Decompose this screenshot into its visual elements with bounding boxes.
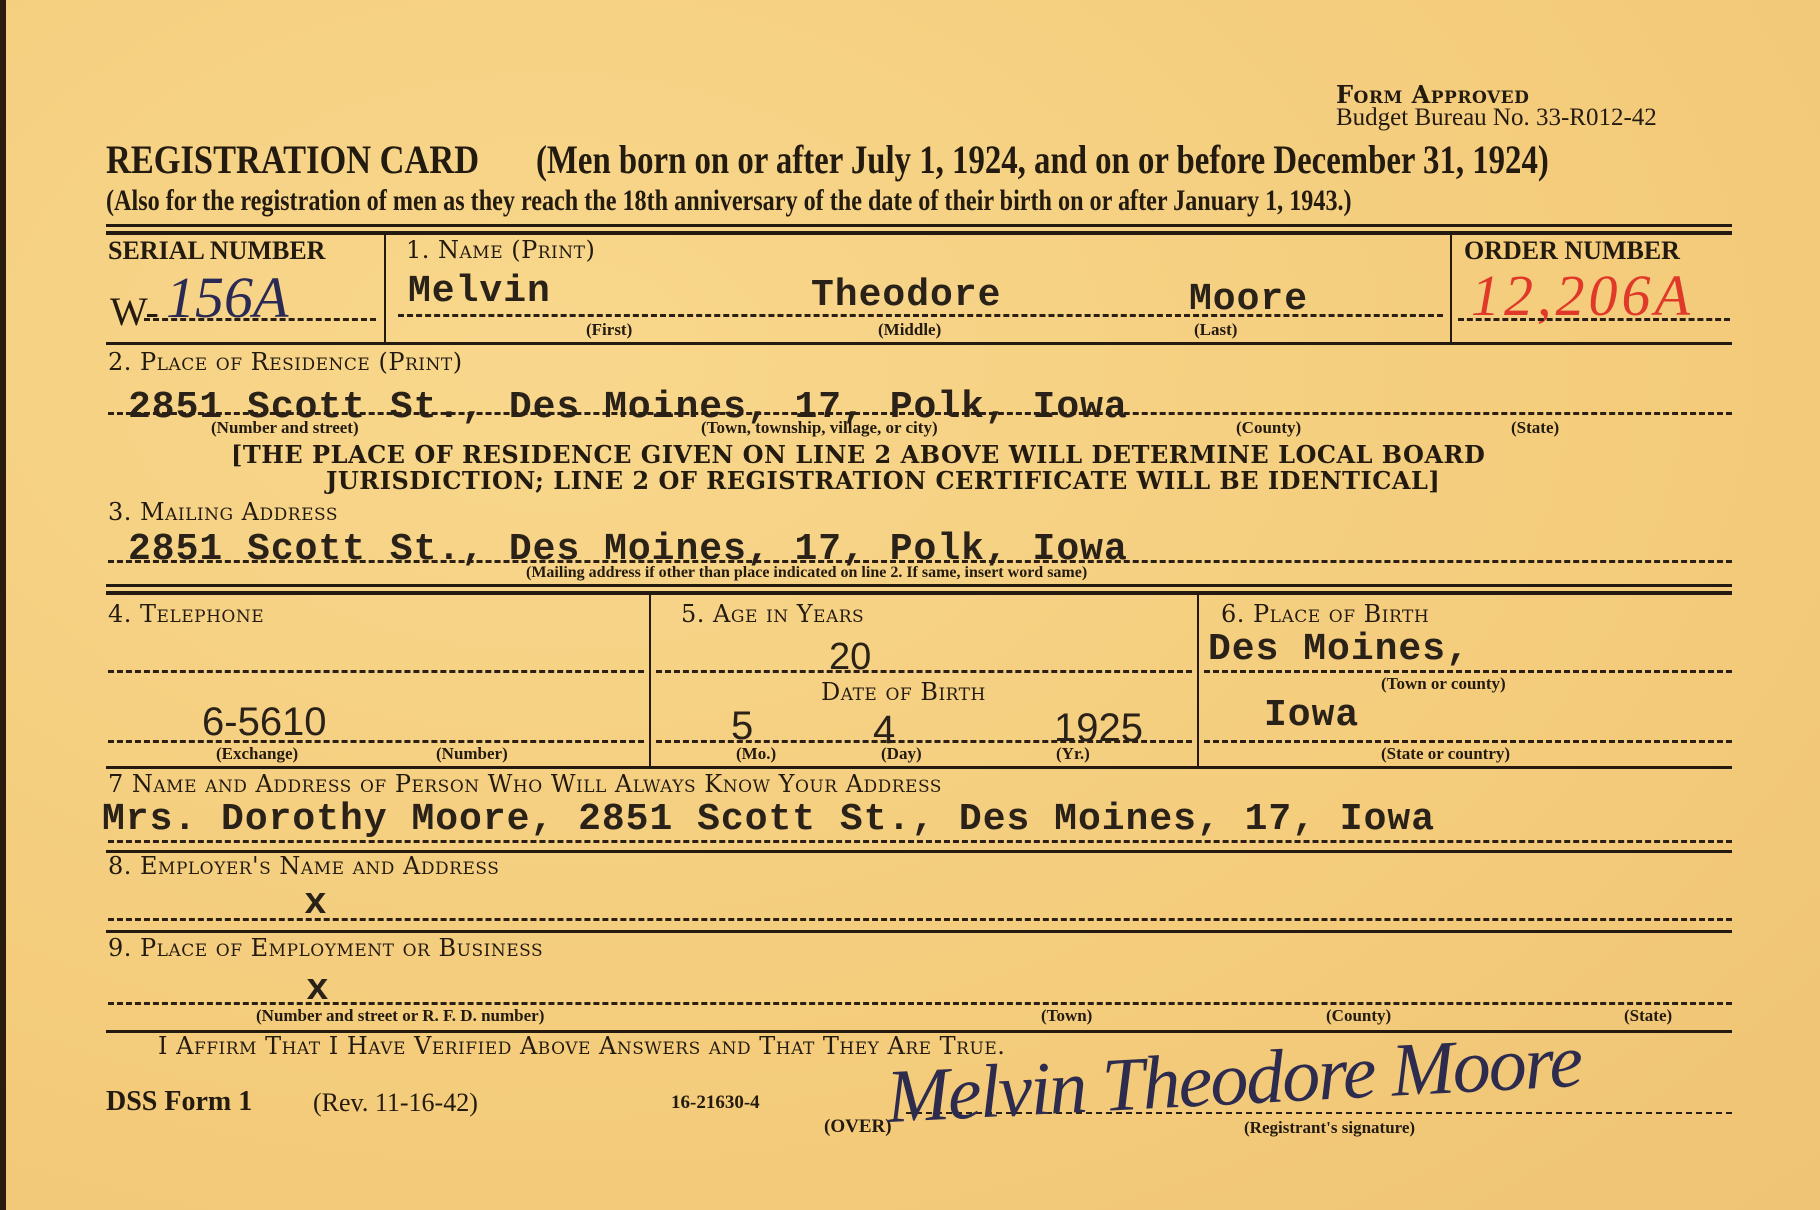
birthplace-state: Iowa (1264, 694, 1359, 737)
title-subtitle: (Also for the registration of men as the… (106, 184, 1352, 218)
employment-place-label: 9. Place of Employment or Business (108, 934, 543, 962)
residence-line (108, 412, 1732, 415)
name-line (398, 314, 1443, 317)
employer-line (108, 918, 1732, 921)
age-label: 5. Age in Years (681, 600, 864, 628)
divider (384, 232, 386, 342)
divider (106, 766, 1732, 769)
form-revision: (Rev. 11-16-42) (313, 1088, 478, 1118)
residence-county-caption: (County) (1236, 418, 1301, 438)
divider (106, 224, 1732, 227)
birthplace-state-caption: (State or country) (1381, 744, 1510, 764)
employment-place-line (108, 1002, 1732, 1005)
birthplace-line-2 (1204, 740, 1732, 743)
divider (1450, 232, 1452, 342)
divider (106, 584, 1732, 587)
divider (649, 594, 651, 766)
age-line (656, 670, 1192, 673)
contact-label: 7 Name and Address of Person Who Will Al… (108, 770, 942, 798)
dob-label: Date of Birth (821, 678, 986, 706)
signature-caption: (Registrant's signature) (1244, 1118, 1415, 1138)
serial-line (144, 318, 376, 321)
telephone-label: 4. Telephone (108, 600, 264, 628)
page-title: REGISTRATION CARD (106, 136, 479, 183)
name-first: Melvin (408, 270, 551, 313)
title-eligibility: (Men born on or after July 1, 1924, and … (536, 136, 1549, 183)
birthplace-town-caption: (Town or county) (1381, 674, 1506, 694)
residence-notice-line2: JURISDICTION; LINE 2 OF REGISTRATION CER… (326, 466, 1440, 495)
divider (106, 930, 1732, 933)
name-last-caption: (Last) (1194, 320, 1237, 340)
budget-bureau-number: Budget Bureau No. 33-R012-42 (1336, 104, 1657, 132)
residence-notice-line1: [THE PLACE OF RESIDENCE GIVEN ON LINE 2 … (231, 440, 1485, 469)
telephone-line-2 (108, 740, 644, 743)
divider (106, 231, 1732, 235)
birthplace-line-1 (1204, 670, 1732, 673)
divider (1197, 594, 1199, 766)
mailing-line (108, 560, 1732, 563)
mailing-caption: (Mailing address if other than place ind… (526, 564, 1087, 582)
serial-number-label: SERIAL NUMBER (108, 236, 325, 266)
residence-street-caption: (Number and street) (211, 418, 359, 438)
affirmation-text: I Affirm That I Have Verified Above Answ… (158, 1032, 1005, 1060)
residence-label: 2. Place of Residence (Print) (108, 348, 463, 376)
telephone-value: 6-5610 (202, 700, 327, 745)
name-middle: Theodore (811, 274, 1001, 317)
employment-county-caption: (County) (1326, 1006, 1391, 1026)
dob-day-caption: (Day) (881, 744, 922, 764)
telephone-number-caption: (Number) (436, 744, 508, 764)
birthplace-town: Des Moines, (1208, 628, 1470, 671)
employment-state-caption: (State) (1624, 1006, 1672, 1026)
over-note: (OVER) (824, 1116, 892, 1138)
employment-street-caption: (Number and street or R. F. D. number) (256, 1006, 544, 1026)
birthplace-label: 6. Place of Birth (1221, 600, 1429, 628)
residence-state-caption: (State) (1511, 418, 1559, 438)
divider (106, 342, 1732, 345)
mailing-address-label: 3. Mailing Address (108, 498, 338, 526)
contact-line (108, 840, 1732, 843)
contact-value: Mrs. Dorothy Moore, 2851 Scott St., Des … (102, 798, 1435, 841)
dob-line (656, 740, 1192, 743)
serial-prefix: W- (110, 288, 159, 335)
dob-month-caption: (Mo.) (736, 744, 776, 764)
order-line (1458, 318, 1730, 321)
employment-town-caption: (Town) (1041, 1006, 1092, 1026)
name-label: 1. Name (Print) (406, 236, 595, 264)
registration-card: Form Approved Budget Bureau No. 33-R012-… (0, 0, 1820, 1210)
telephone-line-1 (108, 670, 644, 673)
form-id: DSS Form 1 (106, 1086, 252, 1118)
dob-year-caption: (Yr.) (1056, 744, 1090, 764)
name-middle-caption: (Middle) (878, 320, 941, 340)
name-first-caption: (First) (586, 320, 632, 340)
residence-town-caption: (Town, township, village, or city) (701, 418, 938, 438)
divider (106, 591, 1732, 595)
print-code: 16-21630-4 (671, 1092, 760, 1114)
telephone-exchange-caption: (Exchange) (216, 744, 298, 764)
employer-label: 8. Employer's Name and Address (108, 852, 499, 880)
